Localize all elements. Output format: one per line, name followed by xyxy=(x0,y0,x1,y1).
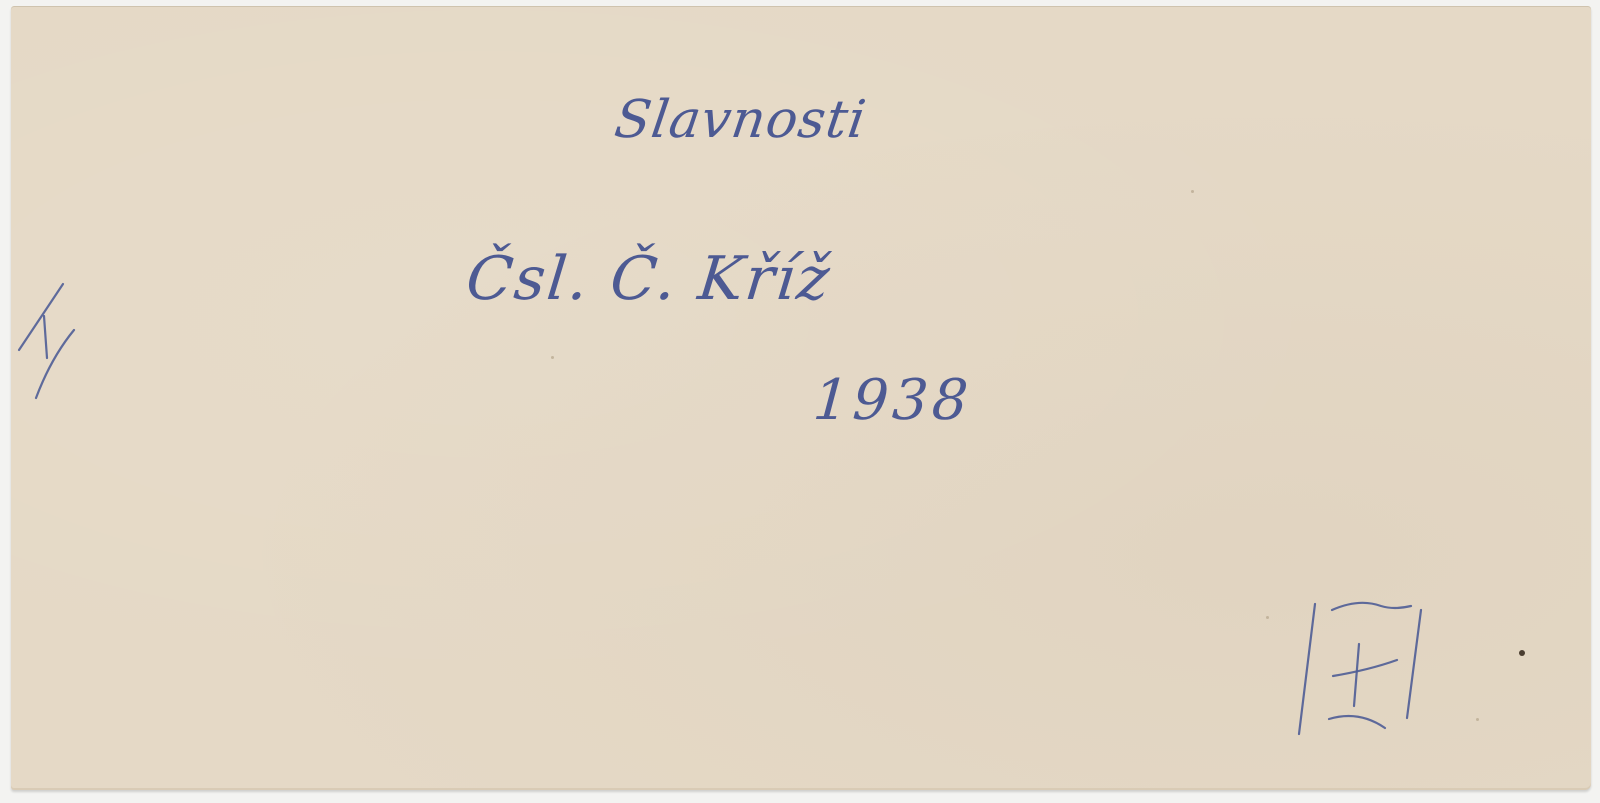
inscription-title: Slavnosti xyxy=(611,90,870,150)
paper-speck xyxy=(551,356,554,359)
inscription-year: 1938 xyxy=(811,368,974,433)
left-margin-mark xyxy=(11,268,91,408)
paper-speck xyxy=(1476,718,1479,721)
photo-card-back: Slavnosti Čsl. Č. Kříž 1938 xyxy=(11,6,1591,790)
inscription-organization: Čsl. Č. Kříž xyxy=(463,244,835,314)
paper-speck xyxy=(1266,616,1269,619)
ink-dot xyxy=(1519,650,1525,656)
paper-speck xyxy=(1191,190,1194,193)
boxed-mark xyxy=(1269,584,1409,734)
